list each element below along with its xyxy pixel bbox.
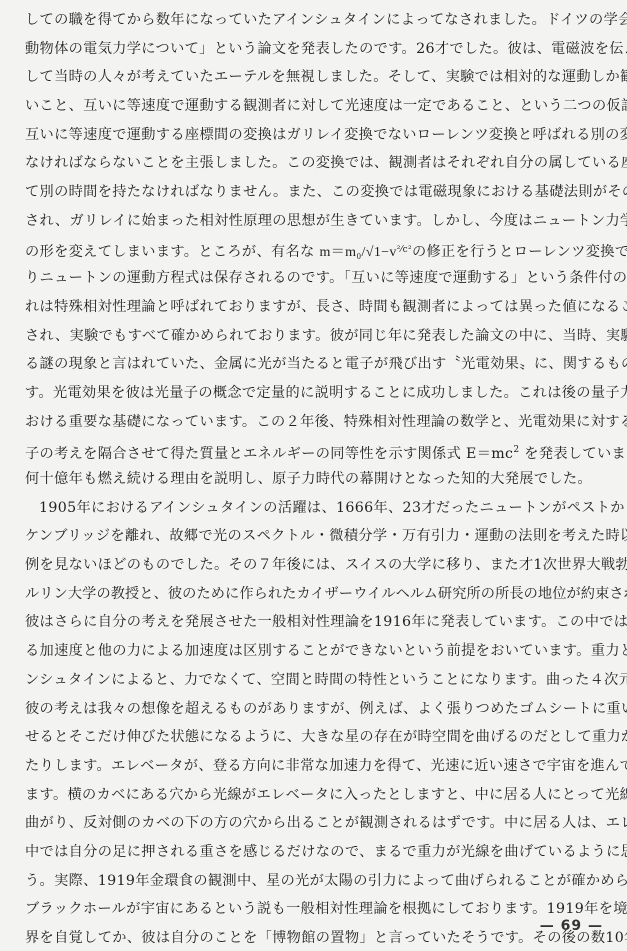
text-line-with-formula: 子の考えを隔合させて得た質量とエネルギーの同等性を示す関係式 E＝mc2 を発表… — [25, 436, 615, 465]
text-line: 動物体の電気力学について」という論文を発表したのです。26才でした。彼は、電磁波… — [25, 35, 615, 64]
text-line: 彼の考えは我々の想像を超えるものがありますが、例えば、よく張りつめたゴムシートに… — [25, 695, 615, 724]
text-line: して当時の人々が考えていたエーテルを無視しました。そして、実験では相対的な運動し… — [25, 63, 615, 92]
text-line: いこと、互いに等速度で運動する観測者に対して光速度は一定であること、という二つの… — [25, 92, 615, 121]
formula-fraction: ²⁄c² — [397, 236, 412, 265]
text-line: れは特殊相対性理論と呼ばれておりますが、長さ、時間も観測者によっては異った値にな… — [25, 293, 615, 322]
text-line: しての職を得てから数年になっていたアインシュタインによってなされました。ドイツの… — [25, 6, 615, 35]
text-line: ブラックホールが宇宙にあるという説も一般相対性理論を根拠にしております。1919… — [25, 895, 615, 924]
text-segment: の修正を行うとローレンツ変換でもやは — [412, 244, 627, 260]
text-line: 曲がり、反対側のカベの下の方の穴から出ることが観測されるはずです。中に居る人は、… — [25, 809, 615, 838]
paragraph-start-line: 1905年におけるアインシュタインの活躍は、1666年、23才だったニュートンが… — [25, 494, 615, 523]
text-line: され、ガリレイに始まった相対性原理の思想が生きています。しかし、今度はニュートン… — [25, 207, 615, 236]
text-line: たりします。エレベータが、登る方向に非常な加速力を得て、光速に近い速さで宇宙を進… — [25, 752, 615, 781]
text-line-with-formula: の形を変えてしまいます。ところが、有名な m＝m₀/√1−v²⁄c²の修正を行う… — [25, 236, 615, 265]
text-line: う。実際、1919年金環食の観測中、星の光が太陽の引力によって曲げられることが確… — [25, 867, 615, 896]
text-segment: を発表しています。太陽が — [519, 446, 627, 462]
text-line: 互いに等速度で運動する座標間の変換はガリレイ変換でないローレンツ変換と呼ばれる別… — [25, 121, 615, 150]
text-segment: の形を変えてしまいます。ところが、有名な — [25, 244, 319, 260]
text-line: 界を自覚してか、彼は自分のことを「博物館の置物」と言っていたそうです。その後の数… — [25, 924, 615, 951]
text-line: 中では自分の足に押される重さを感じるだけなので、まるで重力が光線を曲げているよう… — [25, 838, 615, 867]
page-number: — 69 — — [540, 918, 603, 934]
text-line: て別の時間を持たなければなりません。また、この変換では電磁現象における基礎法則が… — [25, 178, 615, 207]
text-line: りニュートンの運動方程式は保存されるのです。「互いに等速度で運動する」という条件… — [25, 264, 615, 293]
text-line: 例を見ないほどのものでした。その７年後には、スイスの大学に移り、また才1次世界大… — [25, 551, 615, 580]
text-line: され、実験でもすべて確かめられております。彼が同じ年に発表した論文の中に、当時、… — [25, 322, 615, 351]
text-line: 何十億年も燃え続ける理由を説明し、原子力時代の幕開けとなった知的大発展でした。 — [25, 465, 615, 494]
text-line: せるとそこだけ伸びた状態になるように、大きな星の存在が時空間を曲げるのだとして重… — [25, 723, 615, 752]
text-line: 彼はさらに自分の考えを発展させた一般相対性理論を1916年に発表しています。この… — [25, 608, 615, 637]
text-line: ルリン大学の教授と、彼のために作られたカイザーウイルヘルム研究所の所長の地位が約… — [25, 580, 615, 609]
document-body: しての職を得てから数年になっていたアインシュタインによってなされました。ドイツの… — [25, 6, 615, 951]
mass-formula: m＝m₀/√1−v — [319, 245, 396, 260]
text-line: る加速度と他の力による加速度は区別することができないという前提をおいています。重… — [25, 637, 615, 666]
text-line: ます。横のカベにある穴から光線がエレベータに入ったとしますと、中に居る人にとって… — [25, 781, 615, 810]
text-line: ケンブリッジを離れ、故郷で光のスペクトル・微積分学・万有引力・運動の法則を考えた… — [25, 522, 615, 551]
text-line: る謎の現象と言はれていた、金属に光が当たると電子が飛び出す〝光電効果〟に、関する… — [25, 350, 615, 379]
scan-speck — [34, 940, 36, 942]
text-line: ンシュタインによると、力でなくて、空間と時間の特性ということになります。曲った４… — [25, 666, 615, 695]
text-line: なければならないことを主張しました。この変換では、観測者はそれぞれ自分の属してい… — [25, 149, 615, 178]
text-segment: 子の考えを隔合させて得た質量とエネルギーの同等性を示す関係式 E＝mc — [25, 446, 513, 462]
text-line: す。光電効果を彼は光量子の概念で定量的に説明することに成功しました。これは後の量… — [25, 379, 615, 408]
text-line: おける重要な基礎になっています。この２年後、特殊相対性理論の数学と、光電効果に対… — [25, 408, 615, 437]
